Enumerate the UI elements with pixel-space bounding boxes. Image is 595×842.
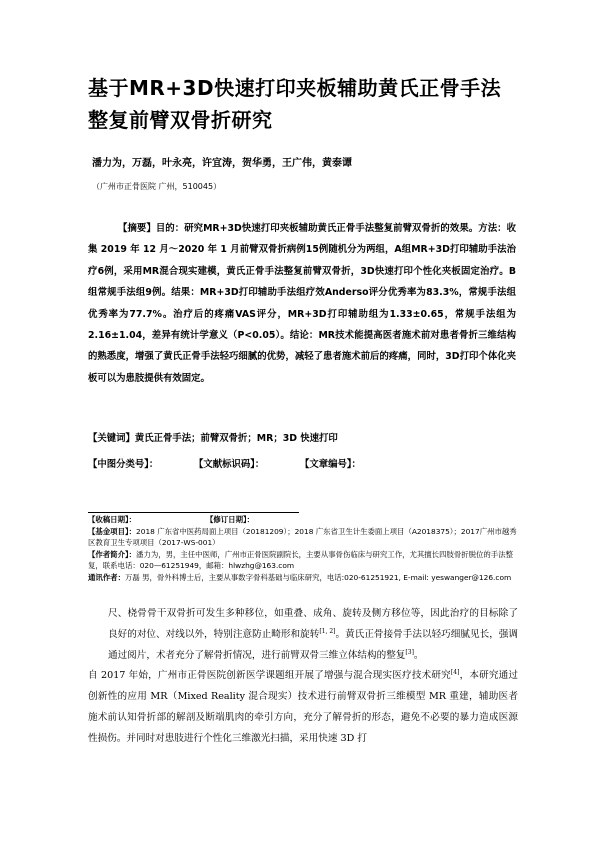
p1-end: 。 bbox=[414, 650, 424, 661]
received-label: 【收稿日期】： bbox=[88, 514, 206, 526]
abstract: 【摘要】目的：研究MR+3D快速打印夹板辅助黄氏正骨手法整复前臂双骨折的效果。方… bbox=[88, 218, 516, 389]
keywords-label: 【关键词】 bbox=[88, 433, 135, 444]
author-list: 潘力为，万磊，叶永亮，许宜涛，贺华勇，王广伟，黄泰谭 bbox=[92, 154, 352, 169]
revised-label: 【修订日期】： bbox=[206, 514, 254, 526]
clc-label: 【中图分类号】： bbox=[88, 456, 194, 470]
abstract-objective: 目的：研究MR+3D快速打印夹板辅助黄氏正骨手法整复前臂双骨折的效果。 bbox=[156, 223, 478, 234]
fund-label: 【基金项目】： bbox=[88, 527, 136, 536]
body-text: 尺、桡骨骨干双骨折可发生多种移位，如重叠、成角、旋转及侧方移位等，因此治疗的目标… bbox=[88, 604, 518, 750]
paragraph-2: 自 2017 年始，广州市正骨医院创新医学课题组开展了增强与混合现实医疗技术研究… bbox=[88, 666, 518, 749]
citation: [1, 2] bbox=[319, 628, 335, 635]
corr-label: 通讯作者： bbox=[88, 573, 125, 582]
p2-text: 自 2017 年始，广州市正骨医院创新医学课题组开展了增强与混合现实医疗技术研究 bbox=[88, 670, 451, 681]
corr-text: 万磊 男，骨外科博士后，主要从事数字骨科基础与临床研究，电话:020-61251… bbox=[125, 573, 511, 582]
corresponding-author: 通讯作者：万磊 男，骨外科博士后，主要从事数字骨科基础与临床研究，电话:020-… bbox=[88, 572, 518, 584]
keywords-text: 黄氏正骨手法；前臂双骨折；MR；3D 快速打印 bbox=[135, 433, 338, 444]
classification-row: 【中图分类号】： 【文献标识码】： 【文章编号】： bbox=[88, 456, 516, 470]
paragraph-1: 尺、桡骨骨干双骨折可发生多种移位，如重叠、成角、旋转及侧方移位等，因此治疗的目标… bbox=[88, 604, 518, 666]
paper-title: 基于MR+3D快速打印夹板辅助黄氏正骨手法整复前臂双骨折研究 bbox=[88, 72, 518, 136]
bio-text: 潘力为，男，主任中医师，广州市正骨医院副院长，主要从事骨伤临床与研究工作，尤其擅… bbox=[88, 550, 513, 571]
keywords: 【关键词】黄氏正骨手法；前臂双骨折；MR；3D 快速打印 bbox=[88, 430, 338, 444]
bio-label: 【作者简介】： bbox=[88, 550, 136, 559]
abstract-label: 【摘要】 bbox=[88, 223, 156, 234]
affiliation: （广州市正骨医院 广州，510045） bbox=[92, 181, 221, 192]
fund-text: 2018 广东省中医药局面上项目（20181209）；2018 广东省卫生计生委… bbox=[88, 527, 517, 548]
article-no-label: 【文章编号】： bbox=[300, 456, 361, 470]
abstract-body: 方法：收集 2019 年 12 月～2020 年 1 月前臂双骨折病例15例随机… bbox=[88, 223, 516, 384]
citation: [3] bbox=[405, 648, 414, 655]
dates-row: 【收稿日期】： 【修订日期】： bbox=[88, 514, 518, 526]
p2-tail: ，本研究通过创新性的应用 MR（Mixed Reality 混合现实）技术进行前… bbox=[88, 670, 518, 743]
doc-code-label: 【文献标识码】： bbox=[194, 456, 300, 470]
paper-page: 基于MR+3D快速打印夹板辅助黄氏正骨手法整复前臂双骨折研究 潘力为，万磊，叶永… bbox=[0, 0, 595, 842]
fund-note: 【基金项目】：2018 广东省中医药局面上项目（20181209）；2018 广… bbox=[88, 526, 518, 549]
author-bio: 【作者简介】：潘力为，男，主任中医师，广州市正骨医院副院长，主要从事骨伤临床与研… bbox=[88, 549, 518, 572]
footnotes: 【收稿日期】： 【修订日期】： 【基金项目】：2018 广东省中医药局面上项目（… bbox=[88, 514, 518, 584]
